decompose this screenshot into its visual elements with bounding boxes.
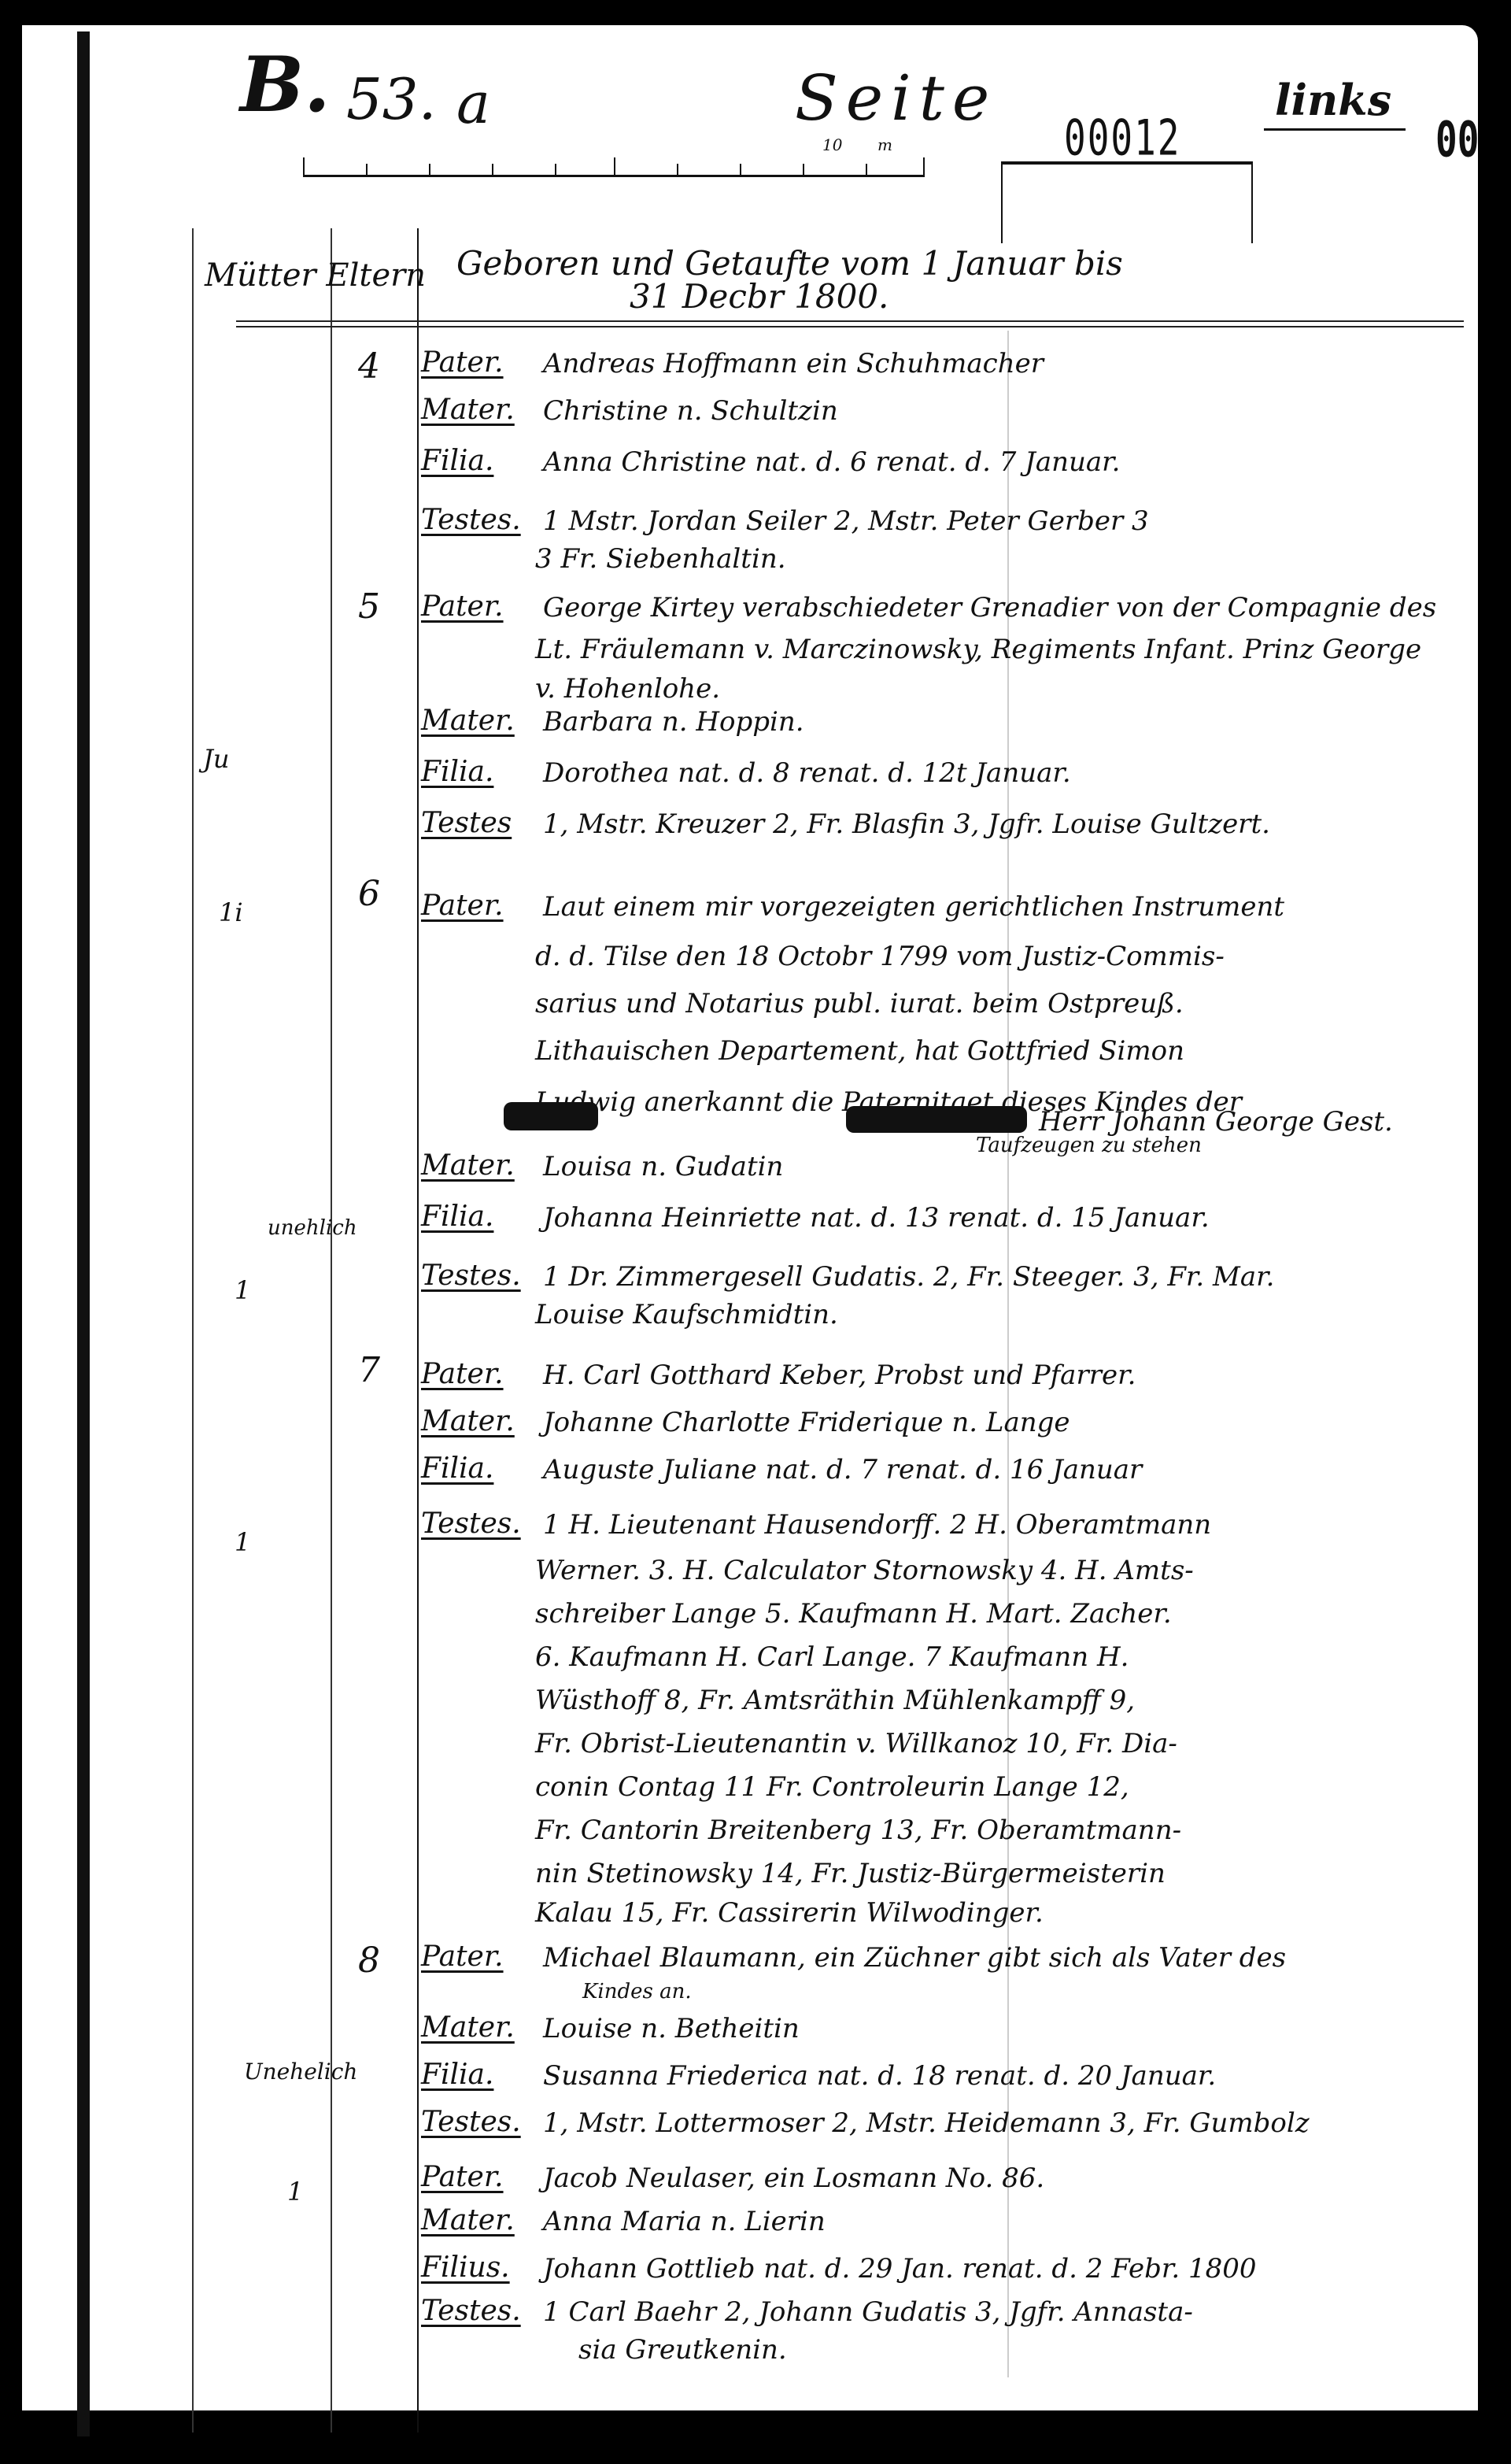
- entry-text: Auguste Juliane nat. d. 7 renat. d. 16 J…: [543, 1456, 1464, 1483]
- entry-text: Werner. 3. H. Calculator Stornowsky 4. H…: [535, 1555, 1464, 1586]
- entry-text: Johanna Heinriette nat. d. 13 renat. d. …: [543, 1204, 1464, 1231]
- scan-border-bottom: [0, 2436, 1511, 2464]
- entry-text: conin Contag 11 Fr. Controleurin Lange 1…: [535, 1771, 1464, 1803]
- entry-text: Johann Gottlieb nat. d. 29 Jan. renat. d…: [543, 2255, 1464, 2282]
- role-label: Pater.: [421, 1940, 504, 1973]
- role-label: Pater.: [421, 2161, 504, 2193]
- entry-text: 1, Mstr. Lottermoser 2, Mstr. Heidemann …: [543, 2110, 1464, 2137]
- entry-text: Wüsthoff 8, Fr. Amtsräthin Mühlenkampff …: [535, 1685, 1464, 1716]
- entry-number: 4: [358, 346, 380, 387]
- entry-text: sarius und Notarius publ. iurat. beim Os…: [535, 988, 1464, 1019]
- entry-text: 1 Dr. Zimmergesell Gudatis. 2, Fr. Steeg…: [543, 1263, 1464, 1290]
- entry-text: Christine n. Schultzin: [543, 398, 1464, 424]
- header-rule-2: [236, 326, 1464, 327]
- margin-note: 1: [287, 2177, 303, 2207]
- role-label: Mater.: [421, 2204, 515, 2236]
- next-page-number: 00: [1435, 111, 1479, 168]
- role-label: Filia.: [421, 1201, 493, 1233]
- entry-text: 1 H. Lieutenant Hausendorff. 2 H. Oberam…: [543, 1511, 1464, 1538]
- entry-text: Herr Johann George Gest.: [1039, 1106, 1464, 1138]
- entry-text: Louise Kaufschmidtin.: [535, 1299, 1464, 1330]
- role-label: Mater.: [421, 705, 515, 737]
- entry-text: 6. Kaufmann H. Carl Lange. 7 Kaufmann H.: [535, 1641, 1464, 1673]
- entry-text: sia Greutkenin.: [578, 2334, 1507, 2366]
- role-label: Filia.: [421, 2059, 493, 2091]
- entry-text: Jacob Neulaser, ein Losmann No. 86.: [543, 2165, 1464, 2192]
- entry-text: Michael Blaumann, ein Züchner gibt sich …: [543, 1944, 1464, 1971]
- entry-text: Kindes an.: [582, 1980, 1511, 2003]
- role-label: Filius.: [421, 2251, 510, 2284]
- entry-text: Lithauischen Departement, hat Gottfried …: [535, 1035, 1464, 1067]
- entry-text: Andreas Hoffmann ein Schuhmacher: [543, 350, 1464, 377]
- register-title-date: 31 Decbr 1800.: [630, 277, 888, 316]
- book-suffix: a: [456, 75, 490, 131]
- redaction-mark: [846, 1106, 1027, 1133]
- page-number: 00012: [1064, 109, 1180, 167]
- role-label: Mater.: [421, 394, 515, 426]
- redaction-mark: [504, 1102, 598, 1130]
- entry-text: Fr. Obrist-Lieutenantin v. Willkanoz 10,…: [535, 1728, 1464, 1759]
- scan-border-left: [0, 0, 17, 2464]
- role-label: Filia.: [421, 1452, 493, 1485]
- role-label: Testes.: [421, 1260, 521, 1292]
- book-number: 53.: [346, 71, 437, 128]
- column-line-2: [417, 228, 419, 2433]
- role-label: Mater.: [421, 1149, 515, 1182]
- entry-text: 1, Mstr. Kreuzer 2, Fr. Blasfin 3, Jgfr.…: [543, 811, 1464, 838]
- entry-text: v. Hohenlohe.: [535, 673, 1464, 705]
- role-label: Testes.: [421, 2295, 521, 2327]
- page-word: Seite: [795, 67, 997, 130]
- entry-text: Fr. Cantorin Breitenberg 13, Fr. Oberamt…: [535, 1815, 1464, 1846]
- column-line-1: [331, 228, 332, 2433]
- entry-text: George Kirtey verabschiedeter Grenadier …: [543, 594, 1464, 621]
- column-header-1: Mütter Eltern: [205, 260, 426, 291]
- entry-text: Louise n. Betheitin: [543, 2015, 1464, 2042]
- role-label: Pater.: [421, 890, 504, 922]
- margin-note: 1i: [219, 897, 243, 927]
- entry-text: Anna Christine nat. d. 6 renat. d. 7 Jan…: [543, 449, 1464, 475]
- binding-edge: [77, 31, 90, 2440]
- entry-number: 8: [358, 1940, 380, 1981]
- entry-text: Anna Maria n. Lierin: [543, 2208, 1464, 2235]
- entry-text: nin Stetinowsky 14, Fr. Justiz-Bürgermei…: [535, 1858, 1464, 1889]
- entry-number: 5: [358, 586, 380, 627]
- entry-number: 7: [358, 1350, 380, 1390]
- role-label: Testes.: [421, 1508, 521, 1540]
- role-label: Filia.: [421, 445, 493, 477]
- role-label: Pater.: [421, 590, 504, 623]
- entry-text: d. d. Tilse den 18 Octobr 1799 vom Justi…: [535, 941, 1464, 972]
- entry-text: Laut einem mir vorgezeigten gerichtliche…: [543, 893, 1464, 920]
- margin-note: unehlich: [268, 1216, 357, 1240]
- scale-ruler: 10 m: [303, 157, 925, 177]
- role-label: Mater.: [421, 2011, 515, 2044]
- entry-text: Louisa n. Gudatin: [543, 1153, 1464, 1180]
- margin-note: Unehelich: [244, 2059, 357, 2085]
- ruler-unit: m: [877, 135, 892, 154]
- role-label: Testes: [421, 807, 512, 839]
- role-label: Testes.: [421, 504, 521, 536]
- entry-text: H. Carl Gotthard Keber, Probst und Pfarr…: [543, 1362, 1464, 1389]
- entry-text: Barbara n. Hoppin.: [543, 708, 1464, 735]
- entry-text: Johanne Charlotte Friderique n. Lange: [543, 1409, 1464, 1436]
- role-label: Mater.: [421, 1405, 515, 1437]
- book-letter: B.: [240, 47, 331, 123]
- role-label: Filia.: [421, 756, 493, 788]
- role-label: Testes.: [421, 2106, 521, 2138]
- entry-text: Lt. Fräulemann v. Marczinowsky, Regiment…: [535, 634, 1464, 665]
- role-label: Pater.: [421, 1358, 504, 1390]
- entry-text: schreiber Lange 5. Kaufmann H. Mart. Zac…: [535, 1598, 1464, 1630]
- margin-line: [192, 228, 194, 2433]
- header-rule-1: [236, 320, 1464, 322]
- entry-text: Dorothea nat. d. 8 renat. d. 12t Januar.: [543, 760, 1464, 786]
- entry-text: 1 Carl Baehr 2, Johann Gudatis 3, Jgfr. …: [543, 2299, 1464, 2325]
- margin-note: Ju: [203, 744, 229, 774]
- role-label: Pater.: [421, 346, 504, 379]
- margin-note: 1: [235, 1275, 250, 1305]
- scan-border-right: [1478, 126, 1511, 2456]
- entry-text: 1 Mstr. Jordan Seiler 2, Mstr. Peter Ger…: [543, 508, 1464, 535]
- side-underline: [1264, 128, 1406, 131]
- page-number-box: [1001, 161, 1253, 243]
- ruler-label: 10: [822, 135, 842, 154]
- side-label: links: [1275, 79, 1391, 121]
- entry-text: Susanna Friederica nat. d. 18 renat. d. …: [543, 2063, 1464, 2089]
- entry-number: 6: [358, 874, 380, 914]
- entry-text: Kalau 15, Fr. Cassirerin Wilwodinger.: [535, 1897, 1464, 1929]
- entry-text: 3 Fr. Siebenhaltin.: [535, 543, 1464, 575]
- margin-note: 1: [235, 1527, 250, 1557]
